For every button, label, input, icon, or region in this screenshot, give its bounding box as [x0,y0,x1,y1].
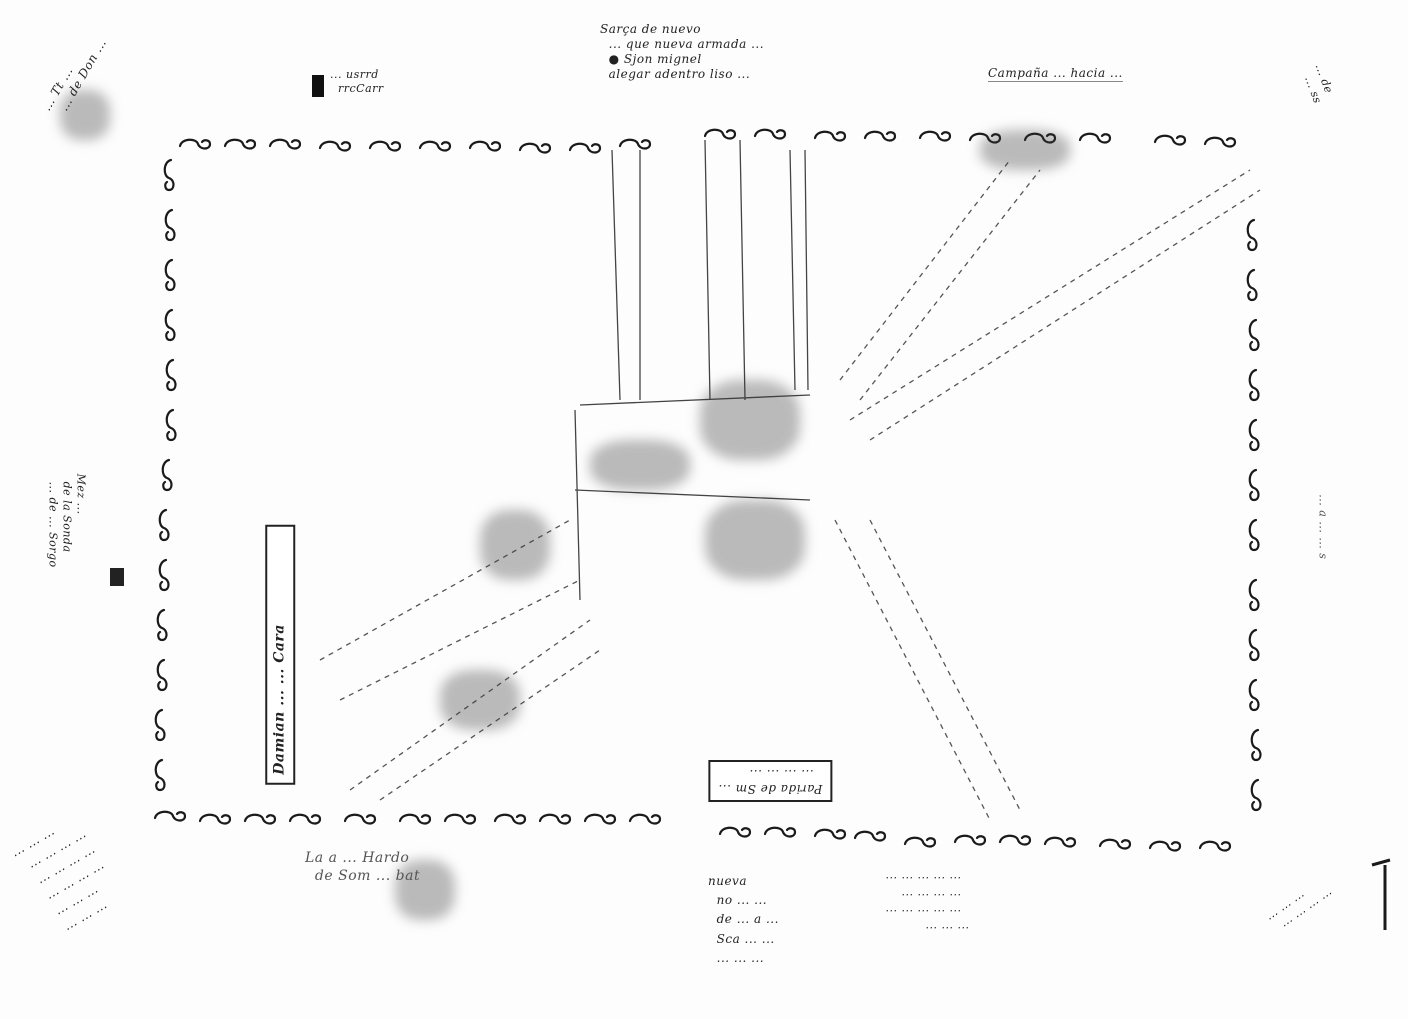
ink-smudge [705,500,805,580]
ink-smudge [980,130,1070,170]
ink-mark [110,568,124,586]
annotation-top-center: Sarça de nuevo ... que nueva armada ... … [600,22,764,82]
annotation-left-box: Damian ... ... Cara [265,525,295,785]
ink-smudge [700,380,800,460]
right-chain [1248,220,1261,810]
annotation-bottom-right-text: ... ... ... ... ... ... ... ... ... ... … [885,872,969,938]
annotation-top-right-label: Campaña ... hacia ... [988,66,1123,82]
top-chain [180,130,1235,153]
ink-mark [312,75,324,97]
ink-smudge [440,670,520,730]
ink-smudge [590,440,690,490]
bottom-chain [155,812,1230,851]
manuscript-sheet: Sarça de nuevo ... que nueva armada ... … [0,0,1408,1019]
plan-drawing [0,0,1408,1019]
annotation-top-left-label: ... usrrd rrcCarr [330,68,384,96]
annotation-right-margin: ... a ... ... s [1316,494,1330,559]
annotation-bottom-center-text: nueva no ... ... de ... a ... Sca ... ..… [708,872,779,968]
left-chain [156,160,176,790]
annotation-bottom-center-box: Parida de Sm ... ... ... ... ... [708,760,832,802]
annotation-left-margin: Mez ... de la Sonda ... de ... Sorgo [46,474,87,568]
annotation-bottom-left: La a ... Hardo de Som ... bat [305,850,420,885]
ink-smudge [480,510,550,580]
